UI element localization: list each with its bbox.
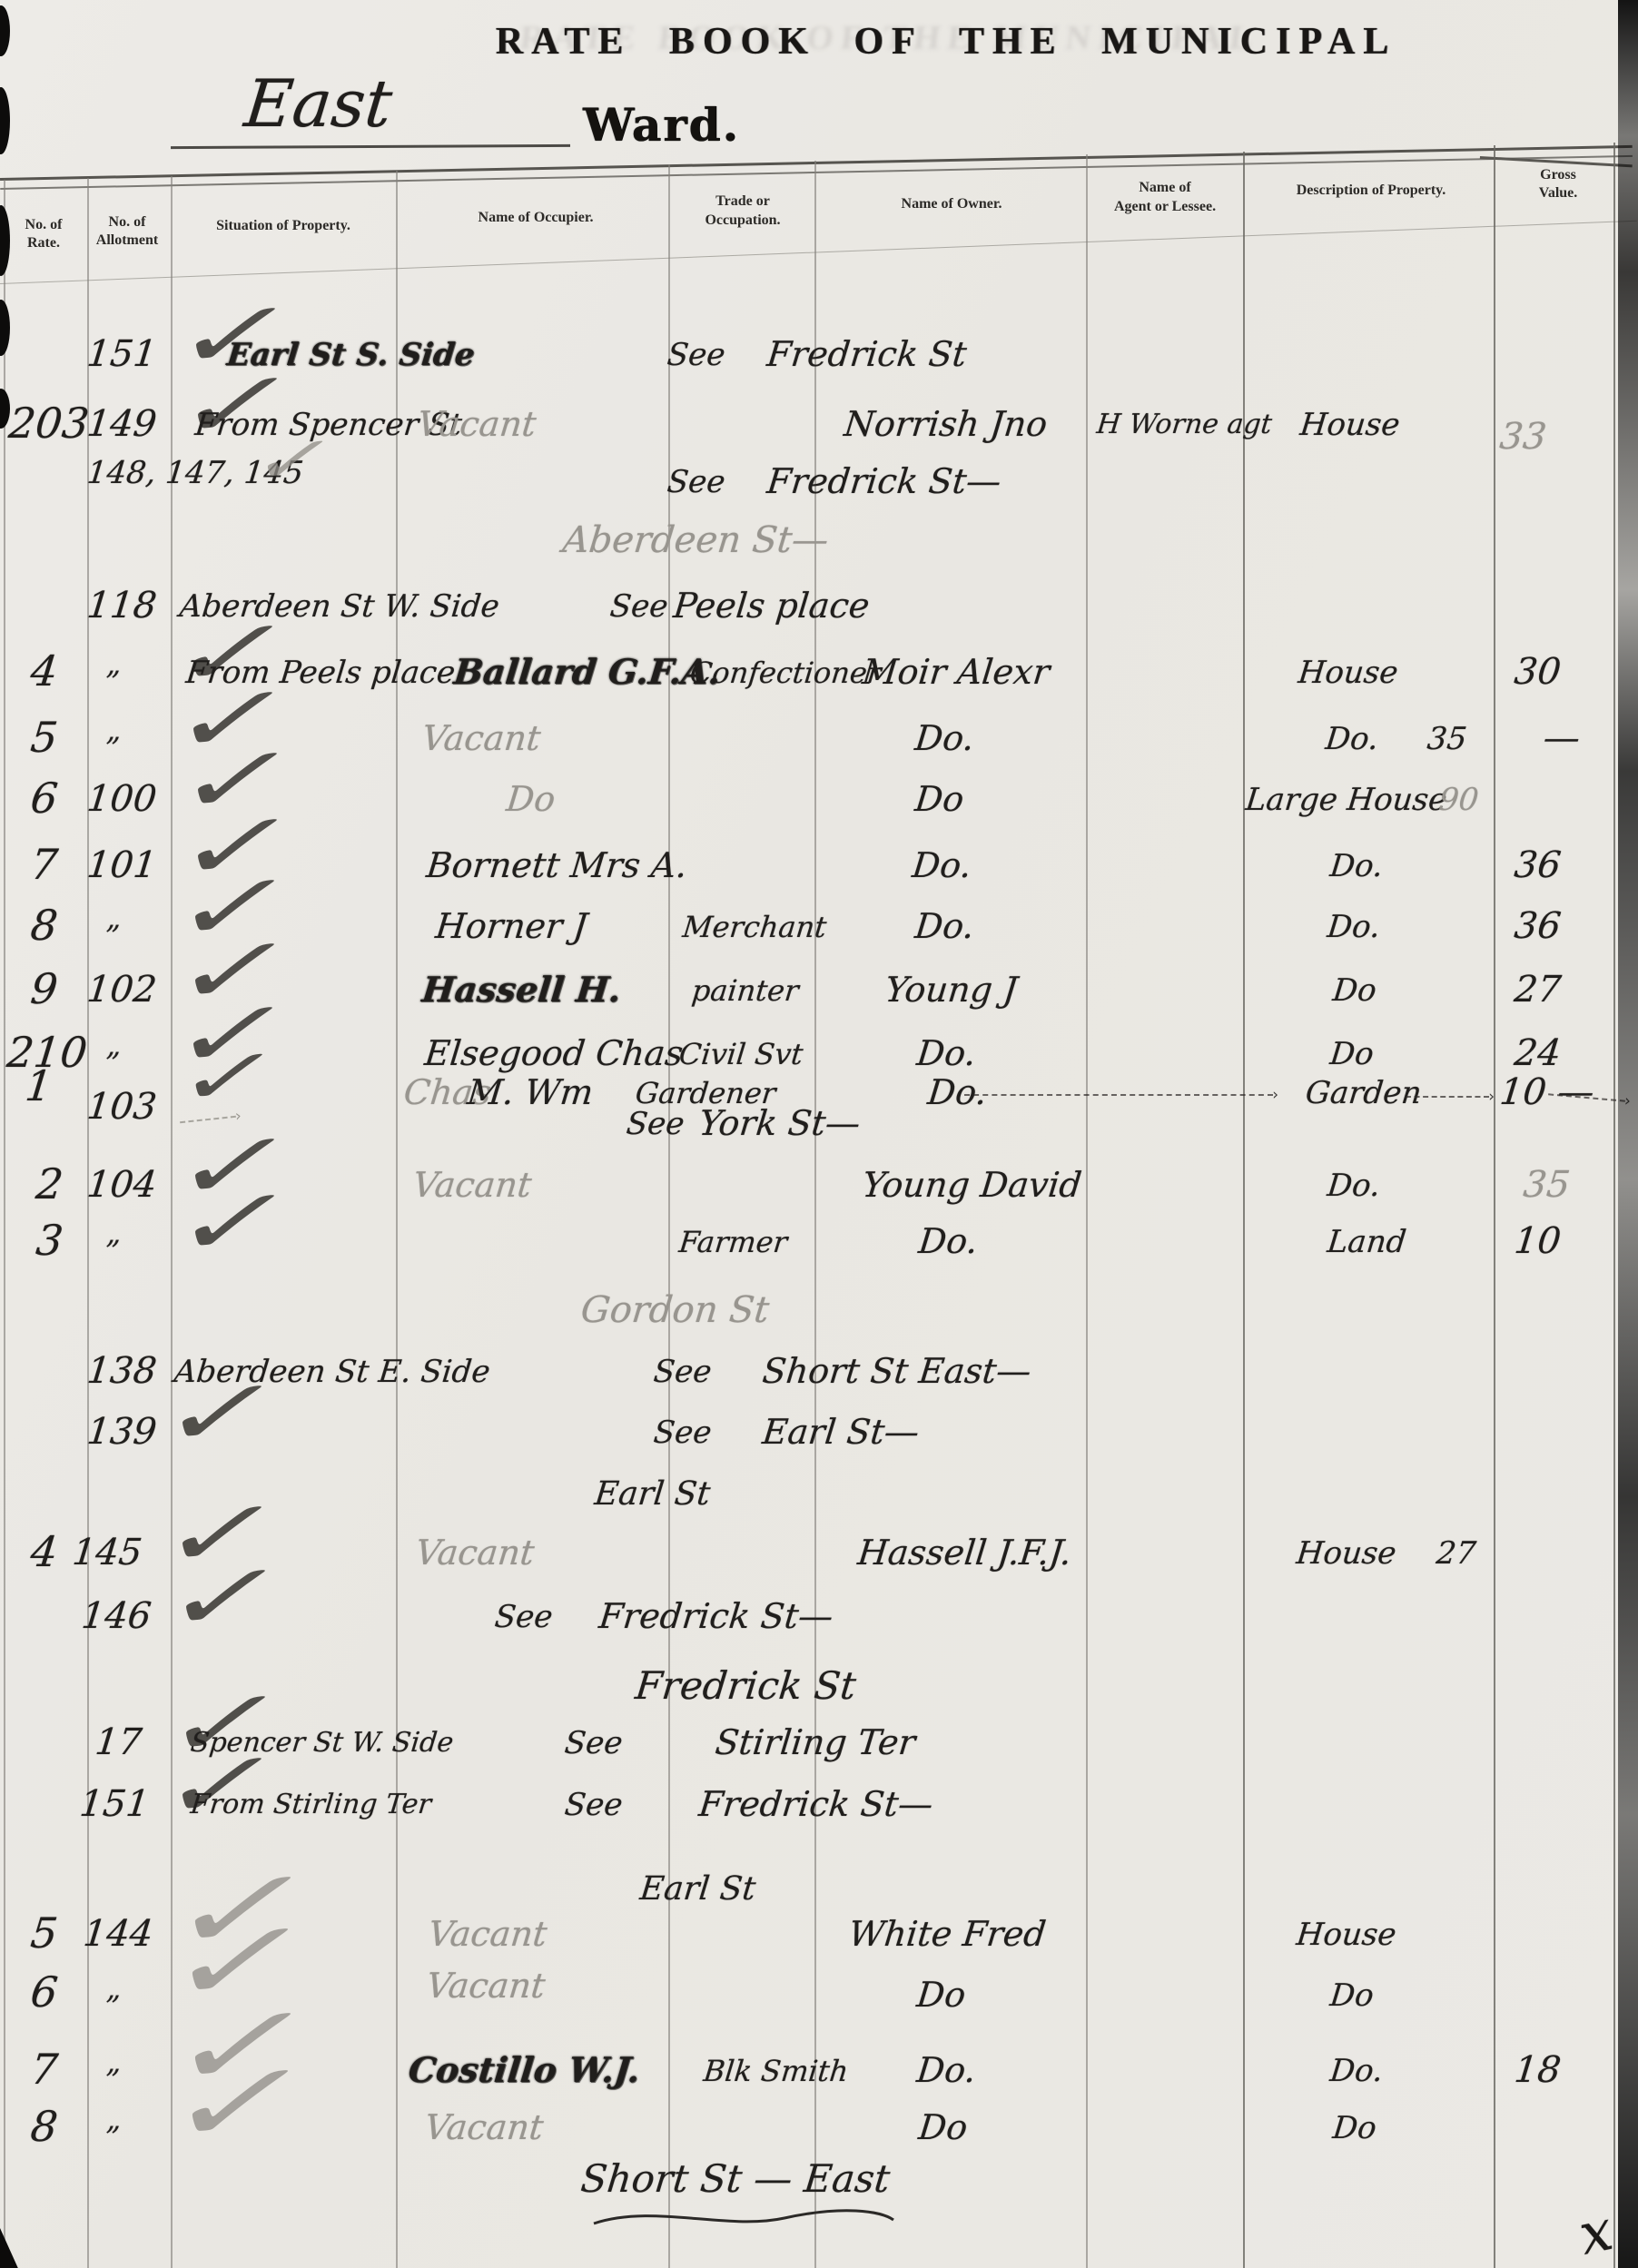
rate-number: 2 bbox=[35, 1163, 65, 1205]
see-label: See bbox=[666, 467, 726, 498]
owner-text: Norrish Jno bbox=[843, 407, 1049, 441]
trade-text: painter bbox=[690, 976, 800, 1005]
scan-left-edge-mark bbox=[0, 300, 10, 356]
checkmark-icon: ✓ bbox=[171, 1037, 286, 1117]
corner-x-mark: x bbox=[1574, 2202, 1617, 2263]
rate-number: 7 bbox=[29, 2048, 60, 2090]
dash-arrow: › bbox=[964, 1094, 1273, 1096]
column-line bbox=[1243, 152, 1245, 2268]
occupier-text: Vacant bbox=[411, 1168, 533, 1202]
column-header-2: Situation of Property. bbox=[179, 202, 388, 252]
gross-value: 27 bbox=[1513, 971, 1563, 1008]
allotment-number: 151 bbox=[85, 336, 159, 372]
occupier-text: Vacant bbox=[425, 1968, 547, 2003]
description-text: Do bbox=[1328, 1980, 1375, 2011]
allotment-number: 151 bbox=[78, 1786, 152, 1822]
owner-text: Do bbox=[915, 1977, 967, 2012]
scan-right-edge-shadow bbox=[1618, 0, 1638, 2268]
rate-number: 5 bbox=[29, 1912, 60, 1954]
column-line bbox=[1086, 154, 1088, 2268]
ditto-mark: ” bbox=[103, 1049, 121, 1078]
occupier-text: Vacant bbox=[427, 1917, 548, 1951]
allotment-number: 102 bbox=[85, 971, 159, 1008]
flourish-underline bbox=[590, 2209, 899, 2236]
street-reference: Earl St— bbox=[761, 1415, 921, 1449]
rate-number: 203 bbox=[7, 402, 92, 444]
street-heading: Fredrick St bbox=[634, 1667, 858, 1705]
trade-text: Farmer bbox=[677, 1228, 788, 1257]
street-heading: Earl St bbox=[593, 1478, 712, 1511]
rate-number: 1 bbox=[24, 1065, 54, 1107]
owner-text: Young J bbox=[883, 972, 1019, 1007]
rate-number: 4 bbox=[29, 1531, 60, 1573]
checkmark-icon: ✓ bbox=[165, 1176, 302, 1270]
occupier-text: Hassell H. bbox=[420, 972, 623, 1007]
column-line bbox=[1613, 143, 1615, 2268]
owner-text: Do. bbox=[915, 2053, 978, 2087]
street-reference: Fredrick St— bbox=[765, 464, 1002, 498]
allotment-number: 17 bbox=[94, 1724, 143, 1760]
owner-text: Do. bbox=[911, 848, 973, 883]
scan-left-edge-mark bbox=[0, 87, 10, 154]
street-reference: Short St East— bbox=[761, 1354, 1032, 1388]
street-heading: Aberdeen St— bbox=[561, 522, 830, 558]
description-note: 90 bbox=[1437, 784, 1480, 815]
gross-value: 30 bbox=[1513, 654, 1563, 690]
owner-text: Do bbox=[913, 782, 965, 816]
allotment-number: 100 bbox=[85, 781, 159, 817]
page-title: RATE BOOK OF THE MUNICIPAL bbox=[127, 20, 1638, 64]
occupier-text: Costillo W.J. bbox=[407, 2053, 642, 2087]
see-label: See bbox=[563, 1790, 624, 1820]
street-reference: Fredrick St— bbox=[597, 1599, 834, 1633]
column-line bbox=[1494, 145, 1495, 2268]
see-label: See bbox=[625, 1109, 686, 1139]
description-note: 27 bbox=[1435, 1538, 1477, 1569]
description-text: House bbox=[1295, 1538, 1397, 1569]
description-text: House bbox=[1297, 657, 1399, 688]
see-label: See bbox=[493, 1602, 554, 1632]
ditto-mark: ” bbox=[103, 922, 121, 951]
street-reference: Peels place bbox=[672, 588, 871, 623]
trade-text: Merchant bbox=[681, 912, 827, 942]
rate-number: 5 bbox=[29, 716, 60, 758]
street-heading: Short St — East bbox=[579, 2160, 892, 2198]
description-note: 35 bbox=[1426, 724, 1468, 754]
see-label: See bbox=[608, 591, 669, 622]
ward-name-underline bbox=[171, 144, 570, 149]
owner-text: Do. bbox=[913, 909, 976, 943]
gross-value: 33 bbox=[1498, 419, 1548, 455]
description-text: Do bbox=[1331, 2113, 1377, 2144]
trade-text: Blk Smith bbox=[702, 2056, 850, 2086]
owner-text: White Fred bbox=[847, 1917, 1048, 1951]
see-label: See bbox=[652, 1356, 713, 1387]
owner-text: Do. bbox=[926, 1075, 989, 1109]
description-text: Do. bbox=[1326, 912, 1382, 942]
allotment-number: 101 bbox=[85, 847, 159, 883]
description-text: Do. bbox=[1328, 2056, 1385, 2086]
ward-name-handwritten: East bbox=[242, 71, 395, 136]
rate-number: 6 bbox=[29, 1971, 60, 2013]
street-reference: Fredrick St— bbox=[697, 1787, 934, 1821]
owner-text: Hassell J.F.J. bbox=[856, 1535, 1073, 1570]
description-text: Do. bbox=[1324, 724, 1380, 754]
owner-text: Moir Alexr bbox=[861, 655, 1051, 689]
checkmark-icon: ✓ bbox=[247, 428, 342, 493]
owner-text: Young David bbox=[861, 1168, 1083, 1202]
occupier-text-overwrite: M. Wm bbox=[466, 1075, 595, 1109]
agent-text: H Worne agt bbox=[1095, 411, 1273, 439]
occupier-text: Horner J bbox=[434, 909, 589, 943]
see-label: See bbox=[652, 1417, 713, 1448]
owner-text: Do. bbox=[915, 1036, 978, 1070]
street-heading: Gordon St bbox=[579, 1292, 771, 1328]
ditto-mark: ” bbox=[103, 667, 121, 696]
allotment-number: 145 bbox=[71, 1534, 144, 1571]
rate-number: 9 bbox=[29, 968, 60, 1010]
occupier-text: Bornett Mrs A. bbox=[425, 848, 689, 883]
description-text: Large House bbox=[1244, 784, 1448, 815]
see-label: See bbox=[666, 340, 726, 370]
arrowhead-icon: › bbox=[1272, 1086, 1278, 1104]
description-text: Land bbox=[1326, 1227, 1407, 1257]
rate-number: 3 bbox=[35, 1219, 65, 1261]
rate-number: 8 bbox=[29, 2105, 60, 2147]
description-text: Do. bbox=[1328, 851, 1385, 882]
dash-arrow: › bbox=[1406, 1096, 1489, 1098]
rate-number: 7 bbox=[29, 843, 60, 885]
gross-value: 24 bbox=[1513, 1035, 1563, 1071]
allotment-number: 146 bbox=[80, 1598, 153, 1634]
column-header-4: Trade orOccupation. bbox=[638, 186, 847, 237]
gross-value: 36 bbox=[1513, 847, 1563, 883]
description-text: Do bbox=[1331, 975, 1377, 1006]
checkmark-icon: ✓ bbox=[153, 1366, 290, 1461]
ditto-mark: ” bbox=[103, 1237, 121, 1266]
street-reference: York St— bbox=[697, 1106, 862, 1140]
ditto-mark: ” bbox=[103, 2066, 121, 2095]
see-label: See bbox=[563, 1728, 624, 1759]
rate-number: 4 bbox=[29, 650, 60, 692]
column-header-5: Name of Owner. bbox=[847, 179, 1056, 230]
occupier-text: Ballard G.F.A. bbox=[452, 655, 722, 689]
trade-text: Confectioner bbox=[688, 658, 883, 687]
gross-value: 35 bbox=[1522, 1167, 1572, 1203]
occupier-text: Elsegood Chas bbox=[423, 1036, 685, 1070]
arrowhead-icon: › bbox=[1488, 1088, 1495, 1106]
gross-value: 10 bbox=[1513, 1223, 1563, 1259]
gross-value: 10 — bbox=[1498, 1074, 1596, 1110]
column-header-3: Name of Occupier. bbox=[431, 193, 640, 244]
ditto-mark: ” bbox=[103, 1992, 121, 2021]
allotment-number: 138 bbox=[85, 1353, 159, 1389]
allotment-number: 144 bbox=[82, 1916, 155, 1952]
allotment-number: 118 bbox=[85, 587, 159, 624]
allotment-number: 139 bbox=[85, 1414, 159, 1450]
gross-value: 18 bbox=[1513, 2052, 1563, 2088]
description-text: Do. bbox=[1326, 1170, 1382, 1201]
owner-text: Do. bbox=[917, 1224, 980, 1258]
rate-book-page: RATE BOOK OF THE MUNICIPAL RATE BOOK OF … bbox=[0, 0, 1638, 2268]
checkmark-icon: ✓ bbox=[156, 1551, 293, 1645]
occupier-text: Vacant bbox=[420, 721, 542, 755]
rate-number: 6 bbox=[29, 777, 60, 819]
street-heading: Earl St bbox=[638, 1873, 757, 1906]
column-line bbox=[396, 171, 398, 2268]
gross-value: — bbox=[1542, 720, 1582, 756]
ditto-mark: ” bbox=[103, 734, 121, 763]
owner-text: Do bbox=[917, 2110, 969, 2145]
allotment-number: 104 bbox=[85, 1167, 159, 1203]
ditto-mark: ” bbox=[103, 2123, 121, 2152]
column-header-7: Description of Property. bbox=[1267, 165, 1475, 216]
owner-text: Do. bbox=[913, 721, 976, 755]
column-header-6: Name ofAgent or Lessee. bbox=[1061, 173, 1269, 223]
occupier-text: Do bbox=[505, 782, 557, 816]
column-line bbox=[4, 180, 5, 2268]
rate-number: 8 bbox=[29, 904, 60, 946]
gross-value: 36 bbox=[1513, 908, 1563, 944]
allotment-number: 103 bbox=[85, 1089, 159, 1125]
description-text: Garden bbox=[1304, 1078, 1423, 1109]
description-text: House bbox=[1298, 409, 1401, 440]
scan-left-edge-mark bbox=[0, 5, 10, 56]
occupier-text: Vacant bbox=[414, 1535, 536, 1570]
ward-label: Ward. bbox=[583, 98, 740, 152]
situation-text: From Stirling Ter bbox=[189, 1791, 432, 1819]
occupier-text: Vacant bbox=[416, 407, 538, 441]
street-reference: Fredrick St bbox=[765, 337, 968, 371]
checkmark-icon: ✓ bbox=[156, 2046, 321, 2161]
description-text: Do bbox=[1328, 1039, 1375, 1070]
allotment-number: 149 bbox=[85, 406, 159, 442]
column-header-8: GrossValue. bbox=[1454, 159, 1638, 210]
description-text: House bbox=[1295, 1919, 1397, 1950]
occupier-text: Vacant bbox=[423, 2110, 545, 2145]
trade-text: Civil Svt bbox=[677, 1040, 804, 1069]
street-reference: Stirling Ter bbox=[714, 1725, 917, 1760]
